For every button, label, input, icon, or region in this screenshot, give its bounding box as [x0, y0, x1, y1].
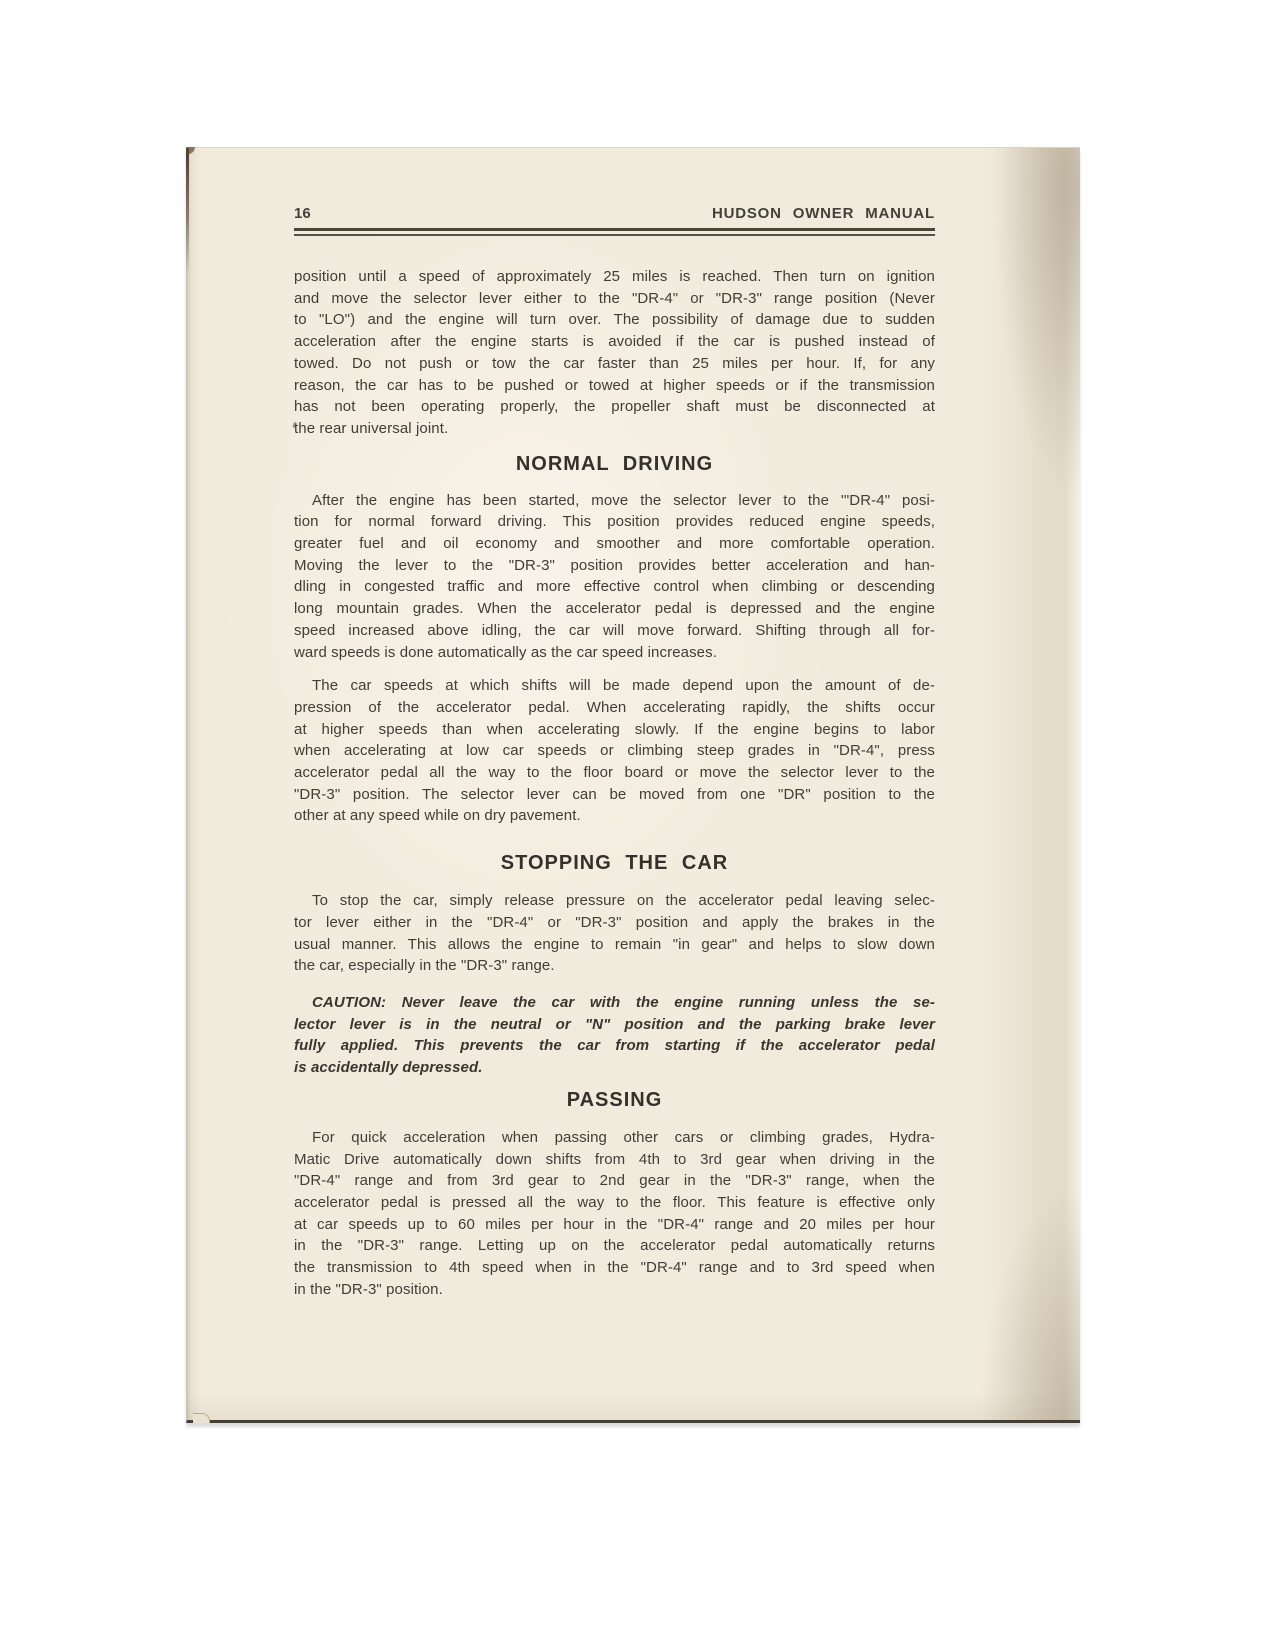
- text-line: Moving the lever to the "DR-3" position …: [294, 555, 935, 577]
- page-content: 16 HUDSON OWNER MANUAL position until a …: [187, 206, 1080, 1478]
- text-line: reason, the car has to be pushed or towe…: [294, 375, 935, 397]
- text-line: is accidentally depressed.: [294, 1057, 935, 1079]
- intro-paragraph: position until a speed of approximately …: [294, 266, 935, 440]
- caution-paragraph: CAUTION: Never leave the car with the en…: [294, 992, 935, 1079]
- text-line: accelerator pedal is pressed all the way…: [294, 1192, 935, 1214]
- text-line: tor lever either in the "DR-4" or "DR-3"…: [294, 912, 935, 934]
- text-line: position until a speed of approximately …: [294, 266, 935, 288]
- text-line: long mountain grades. When the accelerat…: [294, 598, 935, 620]
- text-line: to "LO") and the engine will turn over. …: [294, 309, 935, 331]
- text-line: "DR-3" position. The selector lever can …: [294, 784, 935, 806]
- text-line: tion for normal forward driving. This po…: [294, 511, 935, 533]
- text-line: the rear universal joint.: [294, 418, 935, 440]
- normal-driving-paragraph-1: After the engine has been started, move …: [294, 490, 935, 664]
- text-line: To stop the car, simply release pressure…: [294, 890, 935, 912]
- text-line: in the "DR-3" range. Letting up on the a…: [294, 1235, 935, 1257]
- header-double-rule: [294, 228, 935, 236]
- text-line: dling in congested traffic and more effe…: [294, 576, 935, 598]
- text-line: in the "DR-3" position.: [294, 1279, 935, 1301]
- text-line: "DR-4" range and from 3rd gear to 2nd ge…: [294, 1170, 935, 1192]
- text-line: the car, especially in the "DR-3" range.: [294, 955, 935, 977]
- text-line: For quick acceleration when passing othe…: [294, 1127, 935, 1149]
- text-line: other at any speed while on dry pavement…: [294, 805, 935, 827]
- text-line: usual manner. This allows the engine to …: [294, 934, 935, 956]
- page-number: 16: [294, 206, 311, 222]
- section-heading-stopping-the-car: STOPPING THE CAR: [294, 851, 935, 875]
- text-line: has not been operating properly, the pro…: [294, 396, 935, 418]
- text-line: at higher speeds than when accelerating …: [294, 719, 935, 741]
- text-line: at car speeds up to 60 miles per hour in…: [294, 1214, 935, 1236]
- running-header: 16 HUDSON OWNER MANUAL: [294, 206, 935, 222]
- text-line: when accelerating at low car speeds or c…: [294, 740, 935, 762]
- text-line: accelerator pedal all the way to the flo…: [294, 762, 935, 784]
- manual-title: HUDSON OWNER MANUAL: [712, 206, 935, 222]
- text-line: speed increased above idling, the car wi…: [294, 620, 935, 642]
- passing-paragraph: For quick acceleration when passing othe…: [294, 1127, 935, 1301]
- section-heading-passing: PASSING: [294, 1088, 935, 1112]
- text-line: acceleration after the engine starts is …: [294, 331, 935, 353]
- text-line: the transmission to 4th speed when in th…: [294, 1257, 935, 1279]
- text-line: towed. Do not push or tow the car faster…: [294, 353, 935, 375]
- scanned-page-sheet: 16 HUDSON OWNER MANUAL position until a …: [186, 147, 1080, 1423]
- text-line: ward speeds is done automatically as the…: [294, 642, 935, 664]
- text-line: fully applied. This prevents the car fro…: [294, 1035, 935, 1057]
- section-heading-normal-driving: NORMAL DRIVING: [294, 452, 935, 476]
- stopping-paragraph: To stop the car, simply release pressure…: [294, 890, 935, 977]
- text-line: Matic Drive automatically down shifts fr…: [294, 1149, 935, 1171]
- normal-driving-paragraph-2: The car speeds at which shifts will be m…: [294, 675, 935, 827]
- text-line: CAUTION: Never leave the car with the en…: [294, 992, 935, 1014]
- text-line: pression of the accelerator pedal. When …: [294, 697, 935, 719]
- text-line: The car speeds at which shifts will be m…: [294, 675, 935, 697]
- text-line: After the engine has been started, move …: [294, 490, 935, 512]
- text-line: greater fuel and oil economy and smoothe…: [294, 533, 935, 555]
- text-line: lector lever is in the neutral or "N" po…: [294, 1014, 935, 1036]
- text-line: and move the selector lever either to th…: [294, 288, 935, 310]
